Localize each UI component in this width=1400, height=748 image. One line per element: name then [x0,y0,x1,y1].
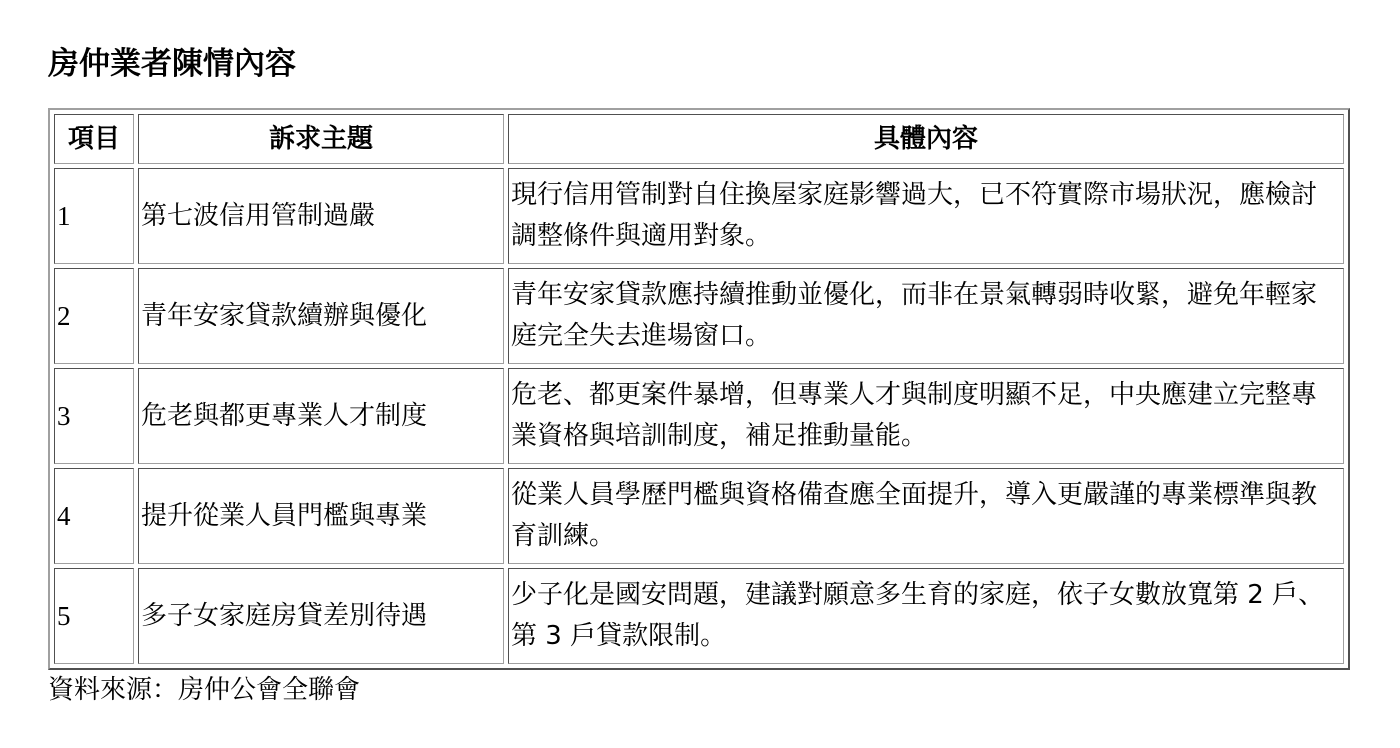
cell-item: 4 [54,468,134,564]
cell-topic: 青年安家貸款續辦與優化 [138,268,504,364]
cell-detail: 從業人員學歷門檻與資格備查應全面提升，導入更嚴謹的專業標準與教育訓練。 [508,468,1344,564]
header-item: 項目 [54,114,134,164]
source-note: 資料來源：房仲公會全聯會 [48,672,360,708]
petition-table: 項目 訴求主題 具體內容 1 第七波信用管制過嚴 現行信用管制對自住換屋家庭影響… [48,108,1350,670]
cell-topic: 提升從業人員門檻與專業 [138,468,504,564]
document-title: 房仲業者陳情內容 [48,44,296,84]
cell-detail: 現行信用管制對自住換屋家庭影響過大，已不符實際市場狀況，應檢討調整條件與適用對象… [508,168,1344,264]
table-row: 4 提升從業人員門檻與專業 從業人員學歷門檻與資格備查應全面提升，導入更嚴謹的專… [54,468,1344,564]
cell-topic: 多子女家庭房貸差別待遇 [138,568,504,664]
cell-topic: 危老與都更專業人才制度 [138,368,504,464]
cell-item: 5 [54,568,134,664]
table-header-row: 項目 訴求主題 具體內容 [54,114,1344,164]
header-detail: 具體內容 [508,114,1344,164]
cell-detail: 危老、都更案件暴增，但專業人才與制度明顯不足，中央應建立完整專業資格與培訓制度，… [508,368,1344,464]
cell-item: 2 [54,268,134,364]
cell-topic: 第七波信用管制過嚴 [138,168,504,264]
cell-item: 3 [54,368,134,464]
cell-item: 1 [54,168,134,264]
table-row: 2 青年安家貸款續辦與優化 青年安家貸款應持續推動並優化，而非在景氣轉弱時收緊，… [54,268,1344,364]
cell-detail: 少子化是國安問題，建議對願意多生育的家庭，依子女數放寬第 2 戶、第 3 戶貸款… [508,568,1344,664]
table-row: 3 危老與都更專業人才制度 危老、都更案件暴增，但專業人才與制度明顯不足，中央應… [54,368,1344,464]
cell-detail: 青年安家貸款應持續推動並優化，而非在景氣轉弱時收緊，避免年輕家庭完全失去進場窗口… [508,268,1344,364]
header-topic: 訴求主題 [138,114,504,164]
table-row: 1 第七波信用管制過嚴 現行信用管制對自住換屋家庭影響過大，已不符實際市場狀況，… [54,168,1344,264]
table-row: 5 多子女家庭房貸差別待遇 少子化是國安問題，建議對願意多生育的家庭，依子女數放… [54,568,1344,664]
